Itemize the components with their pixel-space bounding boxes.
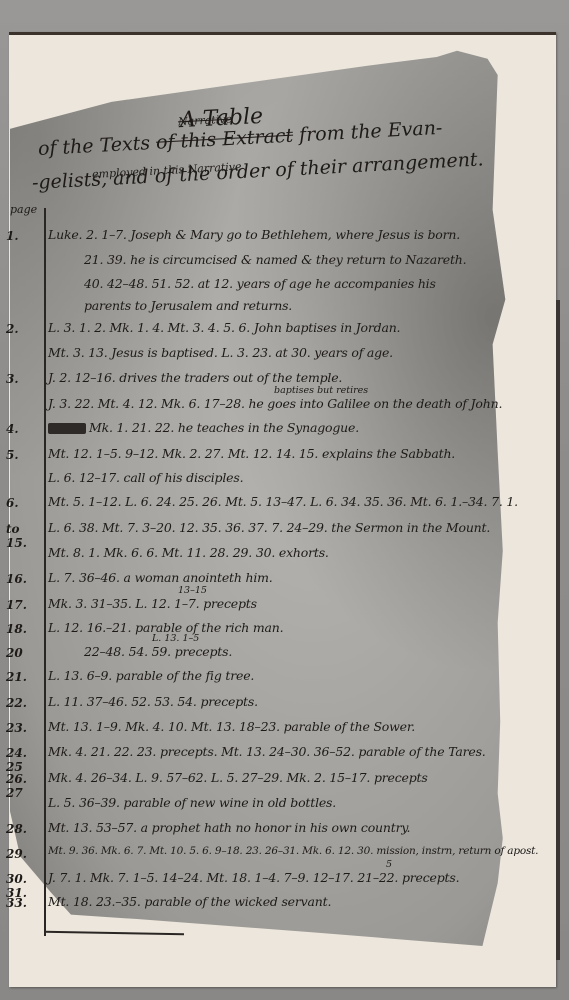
entry-text: parents to Jerusalem and returns. bbox=[84, 298, 292, 313]
entry-text-content: Mt. 13. 1–9. Mk. 4. 10. Mt. 13. 18–23. p… bbox=[48, 719, 415, 734]
page-number: 29. bbox=[6, 847, 42, 861]
page-number: 33. bbox=[6, 896, 42, 910]
list-item: L. 5. 36–39. parable of new wine in old … bbox=[0, 793, 500, 815]
page-number: 1. bbox=[6, 229, 42, 243]
entry-text: L. 7. 36–46. a woman anointeth him. bbox=[48, 570, 273, 585]
entry-text: Mt. 8. 1. Mk. 6. 6. Mt. 11. 28. 29. 30. … bbox=[48, 545, 329, 560]
entry-text-content: Mt. 5. 1–12. L. 6. 24. 25. 26. Mt. 5. 13… bbox=[48, 494, 518, 509]
page-number: 28. bbox=[6, 822, 42, 836]
entry-text: 40. 42–48. 51. 52. at 12. years of age h… bbox=[84, 276, 436, 291]
entry-text: Mt. 18. 23.–35. parable of the wicked se… bbox=[48, 894, 331, 909]
entry-text-content: Mt. 18. 23.–35. parable of the wicked se… bbox=[48, 894, 331, 909]
page-number: 3. bbox=[6, 372, 42, 386]
entry-text-content: Mk. 1. 21. 22. he teaches in the Synagog… bbox=[89, 420, 359, 435]
list-item: 23.Mt. 13. 1–9. Mk. 4. 10. Mt. 13. 18–23… bbox=[0, 717, 500, 739]
entry-text-content: L. 6. 38. Mt. 7. 3–20. 12. 35. 36. 37. 7… bbox=[48, 520, 490, 535]
entry-text-content: Mt. 9. 36. Mk. 6. 7. Mt. 10. 5. 6. 9–18.… bbox=[48, 845, 538, 857]
page-number: 17. bbox=[6, 598, 42, 612]
entry-text: Mt. 13. 1–9. Mk. 4. 10. Mt. 13. 18–23. p… bbox=[48, 719, 415, 734]
list-item: 30. 31.J. 7. 1. Mk. 7. 1–5. 14–24. Mt. 1… bbox=[0, 868, 500, 890]
entry-text: J. 7. 1. Mk. 7. 1–5. 14–24. Mt. 18. 1–4.… bbox=[48, 870, 459, 885]
entry-text: Mk. 4. 21. 22. 23. precepts. Mt. 13. 24–… bbox=[48, 744, 486, 759]
list-item: L. 6. 12–17. call of his disciples. bbox=[0, 468, 500, 490]
entry-text-content: L. 3. 1. 2. Mk. 1. 4. Mt. 3. 4. 5. 6. Jo… bbox=[48, 320, 400, 335]
entry-text: L. 6. 12–17. call of his disciples. bbox=[48, 470, 243, 485]
page-number: 20 bbox=[6, 646, 42, 660]
entry-text-content: L. 7. 36–46. a woman anointeth him. bbox=[48, 570, 273, 585]
entry-text: L. 5. 36–39. parable of new wine in old … bbox=[48, 795, 336, 810]
list-item: 5.Mt. 12. 1–5. 9–12. Mk. 2. 27. Mt. 12. … bbox=[0, 444, 500, 466]
list-item: 2022–48. 54. 59. precepts.L. 13. 1–5 bbox=[0, 642, 500, 664]
page-column-label: page bbox=[10, 203, 37, 216]
entry-text-content: J. 3. 22. Mt. 4. 12. Mk. 6. 17–28. he go… bbox=[48, 396, 502, 411]
entry-text-content: parents to Jerusalem and returns. bbox=[84, 298, 292, 313]
list-item: 4.Mk. 1. 21. 22. he teaches in the Synag… bbox=[0, 418, 500, 440]
list-item: 26. 27Mk. 4. 26–34. L. 9. 57–62. L. 5. 2… bbox=[0, 768, 500, 790]
list-item: 21. 39. he is circumcised & named & they… bbox=[0, 250, 500, 272]
entry-text-content: 21. 39. he is circumcised & named & they… bbox=[84, 252, 466, 267]
list-item: Mt. 8. 1. Mk. 6. 6. Mt. 11. 28. 29. 30. … bbox=[0, 543, 500, 565]
entry-text-content: L. 6. 12–17. call of his disciples. bbox=[48, 470, 243, 485]
entry-text-content: Mk. 3. 31–35. L. 12. 1–7. precepts bbox=[48, 596, 257, 611]
interlinear-insert: 5 bbox=[386, 859, 392, 870]
page-number: 2. bbox=[6, 322, 42, 336]
page-number: 6. bbox=[6, 496, 42, 510]
page-number: 23. bbox=[6, 721, 42, 735]
list-item: 24. 25Mk. 4. 21. 22. 23. precepts. Mt. 1… bbox=[0, 742, 500, 764]
entry-text: L. 11. 37–46. 52. 53. 54. precepts. bbox=[48, 694, 258, 709]
list-item: 29.Mt. 9. 36. Mk. 6. 7. Mt. 10. 5. 6. 9–… bbox=[0, 843, 500, 865]
entry-text: 22–48. 54. 59. precepts. bbox=[84, 644, 232, 659]
entry-text: 21. 39. he is circumcised & named & they… bbox=[84, 252, 466, 267]
entry-text-content: Mk. 4. 21. 22. 23. precepts. Mt. 13. 24–… bbox=[48, 744, 486, 759]
interlinear-insert: baptises but retires bbox=[274, 385, 368, 396]
list-item: 2.L. 3. 1. 2. Mk. 1. 4. Mt. 3. 4. 5. 6. … bbox=[0, 318, 500, 340]
entry-text-content: L. 5. 36–39. parable of new wine in old … bbox=[48, 795, 336, 810]
page-number: 22. bbox=[6, 696, 42, 710]
interlinear-insert: 13–15 bbox=[178, 585, 207, 596]
entry-text: Mt. 12. 1–5. 9–12. Mk. 2. 27. Mt. 12. 14… bbox=[48, 446, 455, 461]
entry-text-content: J. 2. 12–16. drives the traders out of t… bbox=[48, 370, 342, 385]
page-number: 16. bbox=[6, 572, 42, 586]
entry-text-content: Mt. 13. 53–57. a prophet hath no honor i… bbox=[48, 820, 410, 835]
interlinear-insert: L. 13. 1–5 bbox=[152, 633, 199, 644]
entry-text: Mt. 9. 36. Mk. 6. 7. Mt. 10. 5. 6. 9–18.… bbox=[48, 845, 538, 857]
list-item: 18.L. 12. 16.–21. parable of the rich ma… bbox=[0, 618, 500, 640]
entry-text: J. 2. 12–16. drives the traders out of t… bbox=[48, 370, 342, 385]
entry-text: Mk. 3. 31–35. L. 12. 1–7. precepts bbox=[48, 596, 257, 611]
list-item: 28.Mt. 13. 53–57. a prophet hath no hono… bbox=[0, 818, 500, 840]
entry-text: Mk. 1. 21. 22. he teaches in the Synagog… bbox=[48, 420, 359, 435]
entry-text-content: L. 13. 6–9. parable of the fig tree. bbox=[48, 668, 254, 683]
entry-text: Luke. 2. 1–7. Joseph & Mary go to Bethle… bbox=[48, 227, 460, 242]
entry-text-content: Luke. 2. 1–7. Joseph & Mary go to Bethle… bbox=[48, 227, 460, 242]
list-item: 21.L. 13. 6–9. parable of the fig tree. bbox=[0, 666, 500, 688]
page-number: 21. bbox=[6, 670, 42, 684]
entry-text-content: Mt. 3. 13. Jesus is baptised. L. 3. 23. … bbox=[48, 345, 393, 360]
list-item: to 15.L. 6. 38. Mt. 7. 3–20. 12. 35. 36.… bbox=[0, 518, 500, 540]
entry-text: L. 6. 38. Mt. 7. 3–20. 12. 35. 36. 37. 7… bbox=[48, 520, 490, 535]
page-number: 4. bbox=[6, 422, 42, 436]
entry-text-content: J. 7. 1. Mk. 7. 1–5. 14–24. Mt. 18. 1–4.… bbox=[48, 870, 459, 885]
entry-text: L. 13. 6–9. parable of the fig tree. bbox=[48, 668, 254, 683]
entry-text-content: L. 11. 37–46. 52. 53. 54. precepts. bbox=[48, 694, 258, 709]
list-item: 40. 42–48. 51. 52. at 12. years of age h… bbox=[0, 274, 500, 296]
entry-text: J. 3. 22. Mt. 4. 12. Mk. 6. 17–28. he go… bbox=[48, 396, 502, 411]
list-item: 1.Luke. 2. 1–7. Joseph & Mary go to Beth… bbox=[0, 225, 500, 247]
list-item: Mt. 3. 13. Jesus is baptised. L. 3. 23. … bbox=[0, 343, 500, 365]
list-item: 6.Mt. 5. 1–12. L. 6. 24. 25. 26. Mt. 5. … bbox=[0, 492, 500, 514]
list-item: parents to Jerusalem and returns. bbox=[0, 296, 500, 318]
entry-text: Mt. 13. 53–57. a prophet hath no honor i… bbox=[48, 820, 410, 835]
entry-text: L. 3. 1. 2. Mk. 1. 4. Mt. 3. 4. 5. 6. Jo… bbox=[48, 320, 400, 335]
entry-text: Mk. 4. 26–34. L. 9. 57–62. L. 5. 27–29. … bbox=[48, 770, 428, 785]
card-edge-shadow bbox=[556, 300, 560, 960]
list-item: 17.Mk. 3. 31–35. L. 12. 1–7. precepts13–… bbox=[0, 594, 500, 616]
list-item: J. 3. 22. Mt. 4. 12. Mk. 6. 17–28. he go… bbox=[0, 394, 500, 416]
entry-text-content: Mk. 4. 26–34. L. 9. 57–62. L. 5. 27–29. … bbox=[48, 770, 428, 785]
ink-blot bbox=[48, 423, 86, 434]
list-item: 22.L. 11. 37–46. 52. 53. 54. precepts. bbox=[0, 692, 500, 714]
list-item: 3.J. 2. 12–16. drives the traders out of… bbox=[0, 368, 500, 390]
entry-text-content: Mt. 8. 1. Mk. 6. 6. Mt. 11. 28. 29. 30. … bbox=[48, 545, 329, 560]
entry-text-content: 40. 42–48. 51. 52. at 12. years of age h… bbox=[84, 276, 436, 291]
list-item: 16.L. 7. 36–46. a woman anointeth him. bbox=[0, 568, 500, 590]
page-number: 18. bbox=[6, 622, 42, 636]
entry-text: Mt. 3. 13. Jesus is baptised. L. 3. 23. … bbox=[48, 345, 393, 360]
entry-text-content: 22–48. 54. 59. precepts. bbox=[84, 644, 232, 659]
list-item: 33.Mt. 18. 23.–35. parable of the wicked… bbox=[0, 892, 500, 914]
page-number: 5. bbox=[6, 448, 42, 462]
entry-text-content: Mt. 12. 1–5. 9–12. Mk. 2. 27. Mt. 12. 14… bbox=[48, 446, 455, 461]
entry-text: Mt. 5. 1–12. L. 6. 24. 25. 26. Mt. 5. 13… bbox=[48, 494, 518, 509]
